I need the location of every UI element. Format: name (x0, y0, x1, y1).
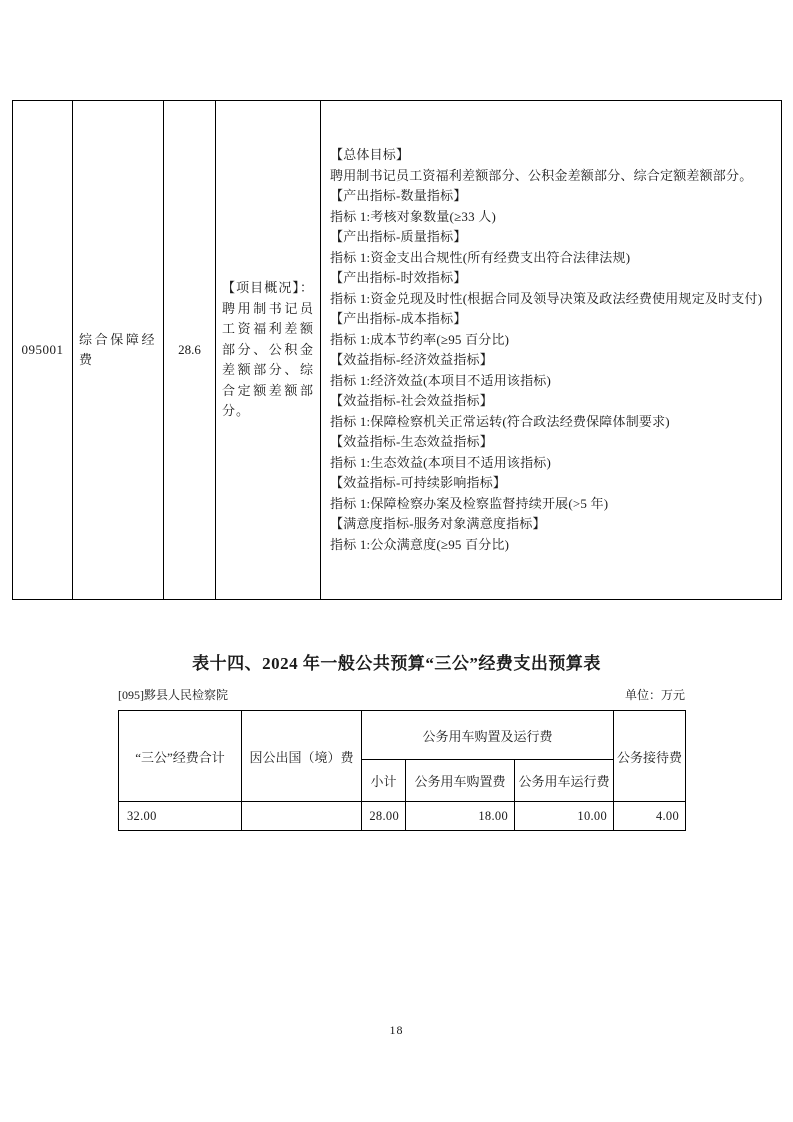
value-vehicle-purchase: 18.00 (406, 802, 515, 831)
objective-line: 【效益指标-社会效益指标】 (330, 391, 772, 412)
objective-line: 指标 1:考核对象数量(≥33 人) (330, 207, 772, 228)
header-row-1: “三公”经费合计 因公出国（境）费 公务用车购置及运行费 公务接待费 (119, 711, 686, 760)
objective-line: 指标 1:保障检察办案及检察监督持续开展(>5 年) (330, 494, 772, 515)
objective-line: 指标 1:经济效益(本项目不适用该指标) (330, 371, 772, 392)
value-vehicle-subtotal: 28.00 (362, 802, 406, 831)
project-name: 综合保障经费 (73, 101, 164, 600)
header-vehicle-subtotal: 小计 (362, 760, 406, 802)
header-vehicle-purchase: 公务用车购置费 (406, 760, 515, 802)
objective-line: 【满意度指标-服务对象满意度指标】 (330, 514, 772, 535)
header-vehicle-group: 公务用车购置及运行费 (362, 711, 614, 760)
value-sangong-total: 32.00 (119, 802, 242, 831)
value-vehicle-operation: 10.00 (515, 802, 614, 831)
objective-line: 【效益指标-生态效益指标】 (330, 432, 772, 453)
objective-line: 指标 1:资金支出合规性(所有经费支出符合法律法规) (330, 248, 772, 269)
objective-line: 聘用制书记员工资福利差额部分、公积金差额部分、综合定额差额部分。 (330, 166, 772, 187)
table14-section: [095]黟县人民检察院 单位：万元 “三公”经费合计 因公出国（境）费 公务用… (118, 687, 685, 831)
objective-line: 指标 1:公众满意度(≥95 百分比) (330, 535, 772, 556)
header-vehicle-operation: 公务用车运行费 (515, 760, 614, 802)
project-code: 095001 (13, 101, 73, 600)
table-row: 095001 综合保障经费 28.6 【项目概况】：聘用制书记员工资福利差额部分… (13, 101, 782, 600)
project-amount: 28.6 (164, 101, 216, 600)
objective-line: 【产出指标-成本指标】 (330, 309, 772, 330)
header-abroad-fee: 因公出国（境）费 (242, 711, 362, 802)
page-number: 18 (0, 1023, 793, 1038)
project-performance-table: 095001 综合保障经费 28.6 【项目概况】：聘用制书记员工资福利差额部分… (12, 100, 782, 600)
objective-line: 指标 1:保障检察机关正常运转(符合政法经费保障体制要求) (330, 412, 772, 433)
objective-line: 【产出指标-时效指标】 (330, 268, 772, 289)
org-label: [095]黟县人民检察院 (118, 686, 228, 703)
project-objectives: 【总体目标】 聘用制书记员工资福利差额部分、公积金差额部分、综合定额差额部分。 … (321, 101, 782, 600)
header-sangong-total: “三公”经费合计 (119, 711, 242, 802)
header-reception-fee: 公务接待费 (614, 711, 686, 802)
objective-line: 指标 1:成本节约率(≥95 百分比) (330, 330, 772, 351)
objective-line: 【产出指标-数量指标】 (330, 186, 772, 207)
objective-line: 指标 1:资金兑现及时性(根据合同及领导决策及政法经费使用规定及时支付) (330, 289, 772, 310)
objective-line: 指标 1:生态效益(本项目不适用该指标) (330, 453, 772, 474)
objective-line: 【总体目标】 (330, 145, 772, 166)
value-abroad-fee (242, 802, 362, 831)
data-row: 32.00 28.00 18.00 10.00 4.00 (119, 802, 686, 831)
value-reception-fee: 4.00 (614, 802, 686, 831)
table14-title: 表十四、2024 年一般公共预算“三公”经费支出预算表 (0, 649, 793, 674)
unit-label: 单位：万元 (625, 686, 685, 703)
objective-line: 【效益指标-经济效益指标】 (330, 350, 772, 371)
objective-line: 【效益指标-可持续影响指标】 (330, 473, 772, 494)
objective-line: 【产出指标-质量指标】 (330, 227, 772, 248)
table14-meta: [095]黟县人民检察院 单位：万元 (118, 687, 685, 703)
project-overview: 【项目概况】：聘用制书记员工资福利差额部分、公积金差额部分、综合定额差额部分。 (216, 101, 321, 600)
sangong-expense-table: “三公”经费合计 因公出国（境）费 公务用车购置及运行费 公务接待费 小计 公务… (118, 710, 686, 831)
